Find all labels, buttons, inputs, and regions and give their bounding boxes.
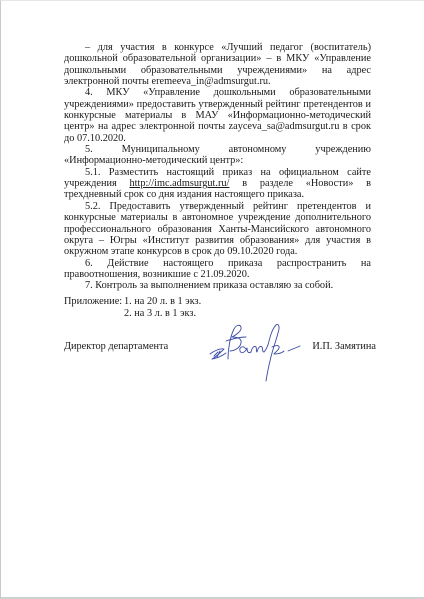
- document-body: – для участия в конкурсе «Лучший педагог…: [64, 42, 371, 292]
- paragraph-item-5: 5. Муниципальному автономному учреждению…: [64, 144, 371, 167]
- paragraph-contest-email: – для участия в конкурсе «Лучший педагог…: [64, 42, 371, 87]
- document-page: – для участия в конкурсе «Лучший педагог…: [0, 0, 424, 599]
- attachment-row-1: Приложение:1. на 20 л. в 1 экз.: [64, 296, 201, 308]
- attachments-block: Приложение:1. на 20 л. в 1 экз. 2. на 3 …: [64, 296, 201, 320]
- paragraph-item-5-1: 5.1. Разместить настоящий приказ на офиц…: [64, 167, 371, 201]
- attachment-item: 1. на 20 л. в 1 экз.: [124, 296, 201, 307]
- attachment-item: 2. на 3 л. в 1 экз.: [124, 308, 196, 319]
- attachments-label: Приложение:: [64, 296, 124, 308]
- paragraph-item-6: 6. Действие настоящего приказа распростр…: [64, 258, 371, 281]
- paragraph-item-5-2: 5.2. Предоставить утвержденный рейтинг п…: [64, 201, 371, 258]
- paragraph-item-7: 7. Контроль за выполнением приказа остав…: [64, 280, 371, 291]
- signatory-name: И.П. Замятина: [312, 341, 376, 353]
- signatory-position: Директор департамента: [64, 341, 168, 353]
- handwritten-signature-icon: [206, 321, 306, 383]
- imc-website-link[interactable]: http://imc.admsurgut.ru/: [130, 178, 230, 189]
- attachment-row-2: 2. на 3 л. в 1 экз.: [64, 308, 201, 320]
- paragraph-item-4: 4. МКУ «Управление дошкольными образоват…: [64, 87, 371, 144]
